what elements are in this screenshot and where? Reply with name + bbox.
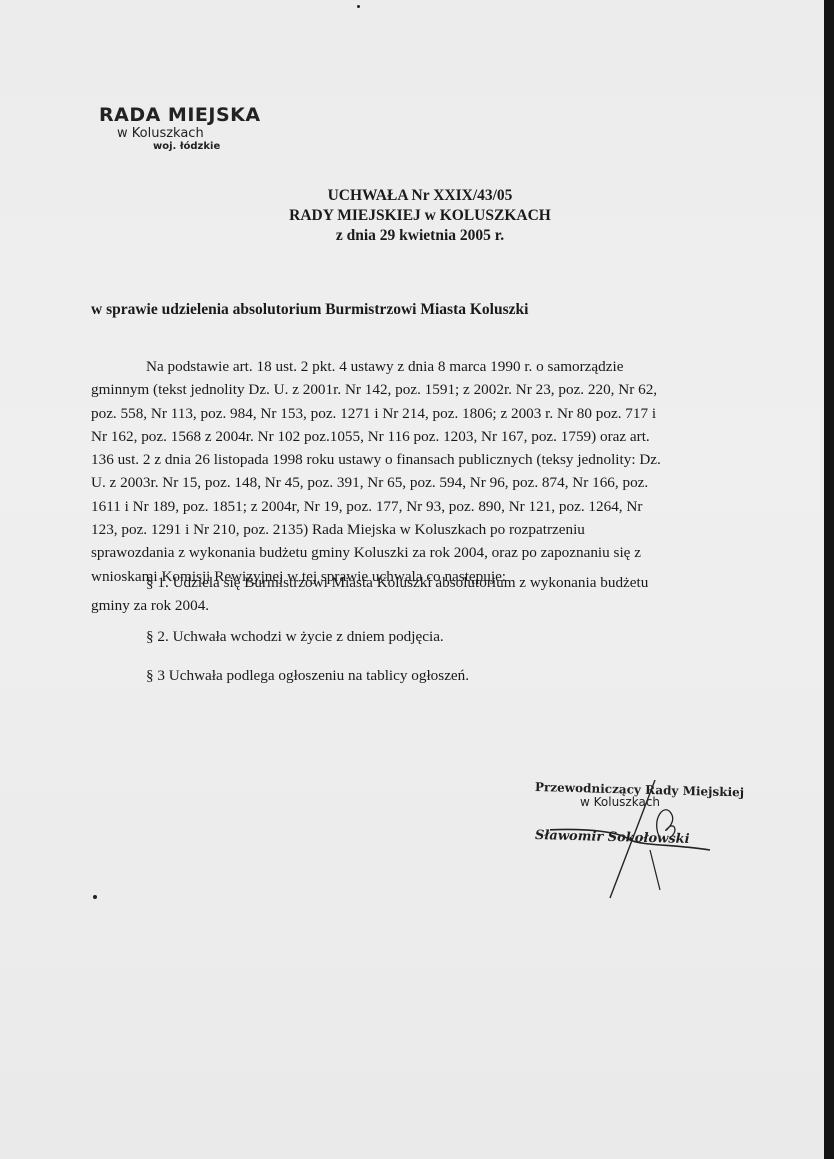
preamble-line: U. z 2003r. Nr 15, poz. 148, Nr 45, poz.… xyxy=(91,471,751,494)
preamble-line: Na podstawie art. 18 ust. 2 pkt. 4 ustaw… xyxy=(91,355,751,378)
council-stamp-town: w Koluszkach xyxy=(117,126,289,141)
section-3: § 3 Uchwała podlega ogłoszeniu na tablic… xyxy=(91,664,751,687)
council-stamp-region: woj. łódzkie xyxy=(153,141,289,152)
section-1: § 1. Udziela się Burmistrzowi Miasta Kol… xyxy=(91,571,751,618)
preamble-line: 123, poz. 1291 i Nr 210, poz. 2135) Rada… xyxy=(91,518,751,541)
preamble-line: sprawozdania z wykonania budżetu gminy K… xyxy=(91,541,751,564)
section-1-line: gminy za rok 2004. xyxy=(91,594,751,617)
resolution-subject: w sprawie udzielenia absolutorium Burmis… xyxy=(91,301,528,319)
preamble: Na podstawie art. 18 ust. 2 pkt. 4 ustaw… xyxy=(91,355,751,588)
section-2: § 2. Uchwała wchodzi w życie z dniem pod… xyxy=(91,625,751,648)
preamble-line: 136 ust. 2 z dnia 26 listopada 1998 roku… xyxy=(91,448,751,471)
section-3-line: § 3 Uchwała podlega ogłoszeniu na tablic… xyxy=(91,664,751,687)
scan-speck xyxy=(93,895,97,899)
handwritten-signature xyxy=(550,780,750,900)
scanned-page: RADA MIEJSKA w Koluszkach woj. łódzkie U… xyxy=(0,0,824,1159)
scan-speck xyxy=(357,5,360,8)
section-2-line: § 2. Uchwała wchodzi w życie z dniem pod… xyxy=(91,625,751,648)
preamble-line: gminnym (tekst jednolity Dz. U. z 2001r.… xyxy=(91,378,751,401)
council-stamp-name: RADA MIEJSKA xyxy=(99,104,289,126)
section-1-line: § 1. Udziela się Burmistrzowi Miasta Kol… xyxy=(91,571,751,594)
preamble-line: 1611 i Nr 189, poz. 1851; z 2004r, Nr 19… xyxy=(91,495,751,518)
scan-edge xyxy=(824,0,834,1159)
preamble-line: Nr 162, poz. 1568 z 2004r. Nr 102 poz.10… xyxy=(91,425,751,448)
preamble-line: poz. 558, Nr 113, poz. 984, Nr 153, poz.… xyxy=(91,402,751,425)
council-stamp: RADA MIEJSKA w Koluszkach woj. łódzkie xyxy=(99,104,289,152)
resolution-title: UCHWAŁA Nr XXIX/43/05 xyxy=(200,186,640,206)
resolution-header: UCHWAŁA Nr XXIX/43/05 RADY MIEJSKIEJ w K… xyxy=(200,186,640,246)
resolution-issuer: RADY MIEJSKIEJ w KOLUSZKACH xyxy=(200,206,640,226)
resolution-date: z dnia 29 kwietnia 2005 r. xyxy=(200,226,640,246)
